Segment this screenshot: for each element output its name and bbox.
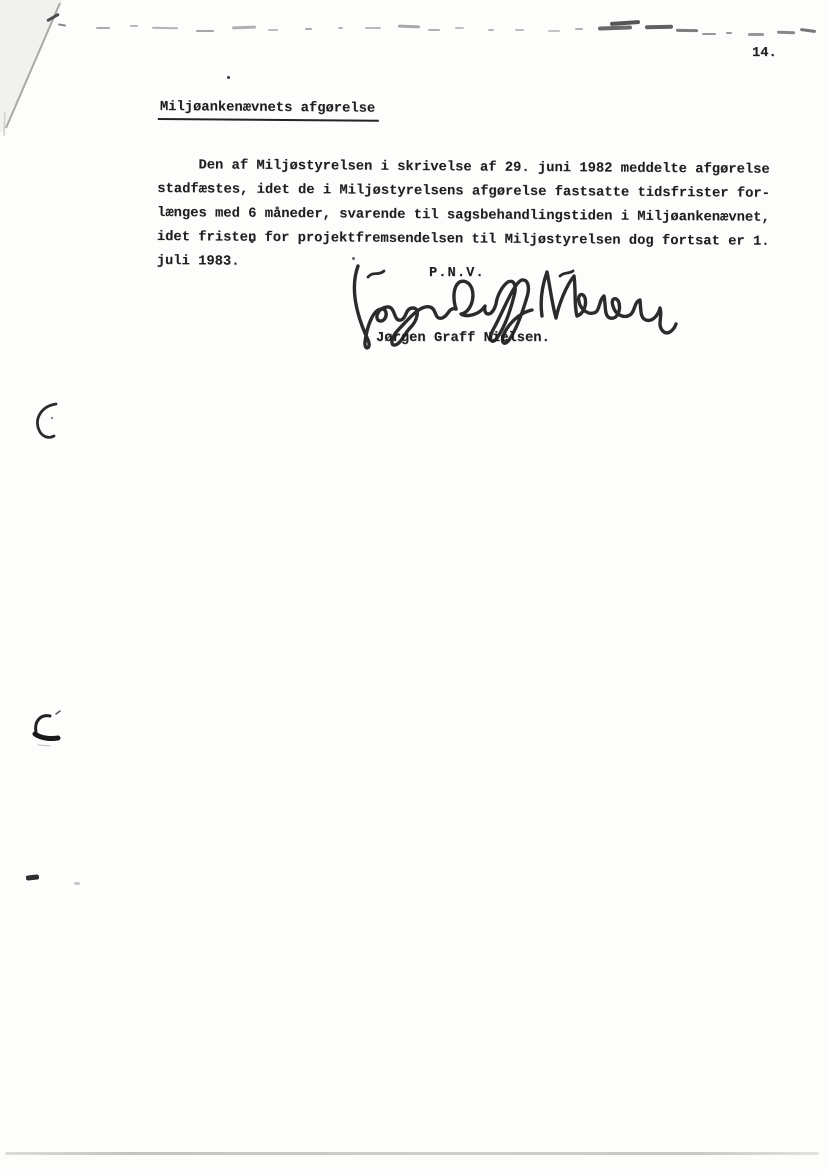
bottom-scan-edge (5, 1152, 819, 1155)
margin-speck (74, 882, 80, 885)
handwritten-signature (346, 252, 681, 357)
paragraph-line: idet fristen for projektfremsendelsen ti… (157, 226, 770, 255)
margin-crescent-mark (30, 398, 66, 442)
scanned-document-page: 14. Miljøankenævnets afgørelse Den af Mi… (0, 0, 827, 1170)
margin-punch-mark (28, 708, 72, 748)
margin-dash-mark (26, 874, 39, 880)
page-number: 14. (752, 46, 777, 61)
page-corner-fold (0, 0, 90, 150)
section-heading: Miljøankenævnets afgørelse (158, 100, 379, 122)
